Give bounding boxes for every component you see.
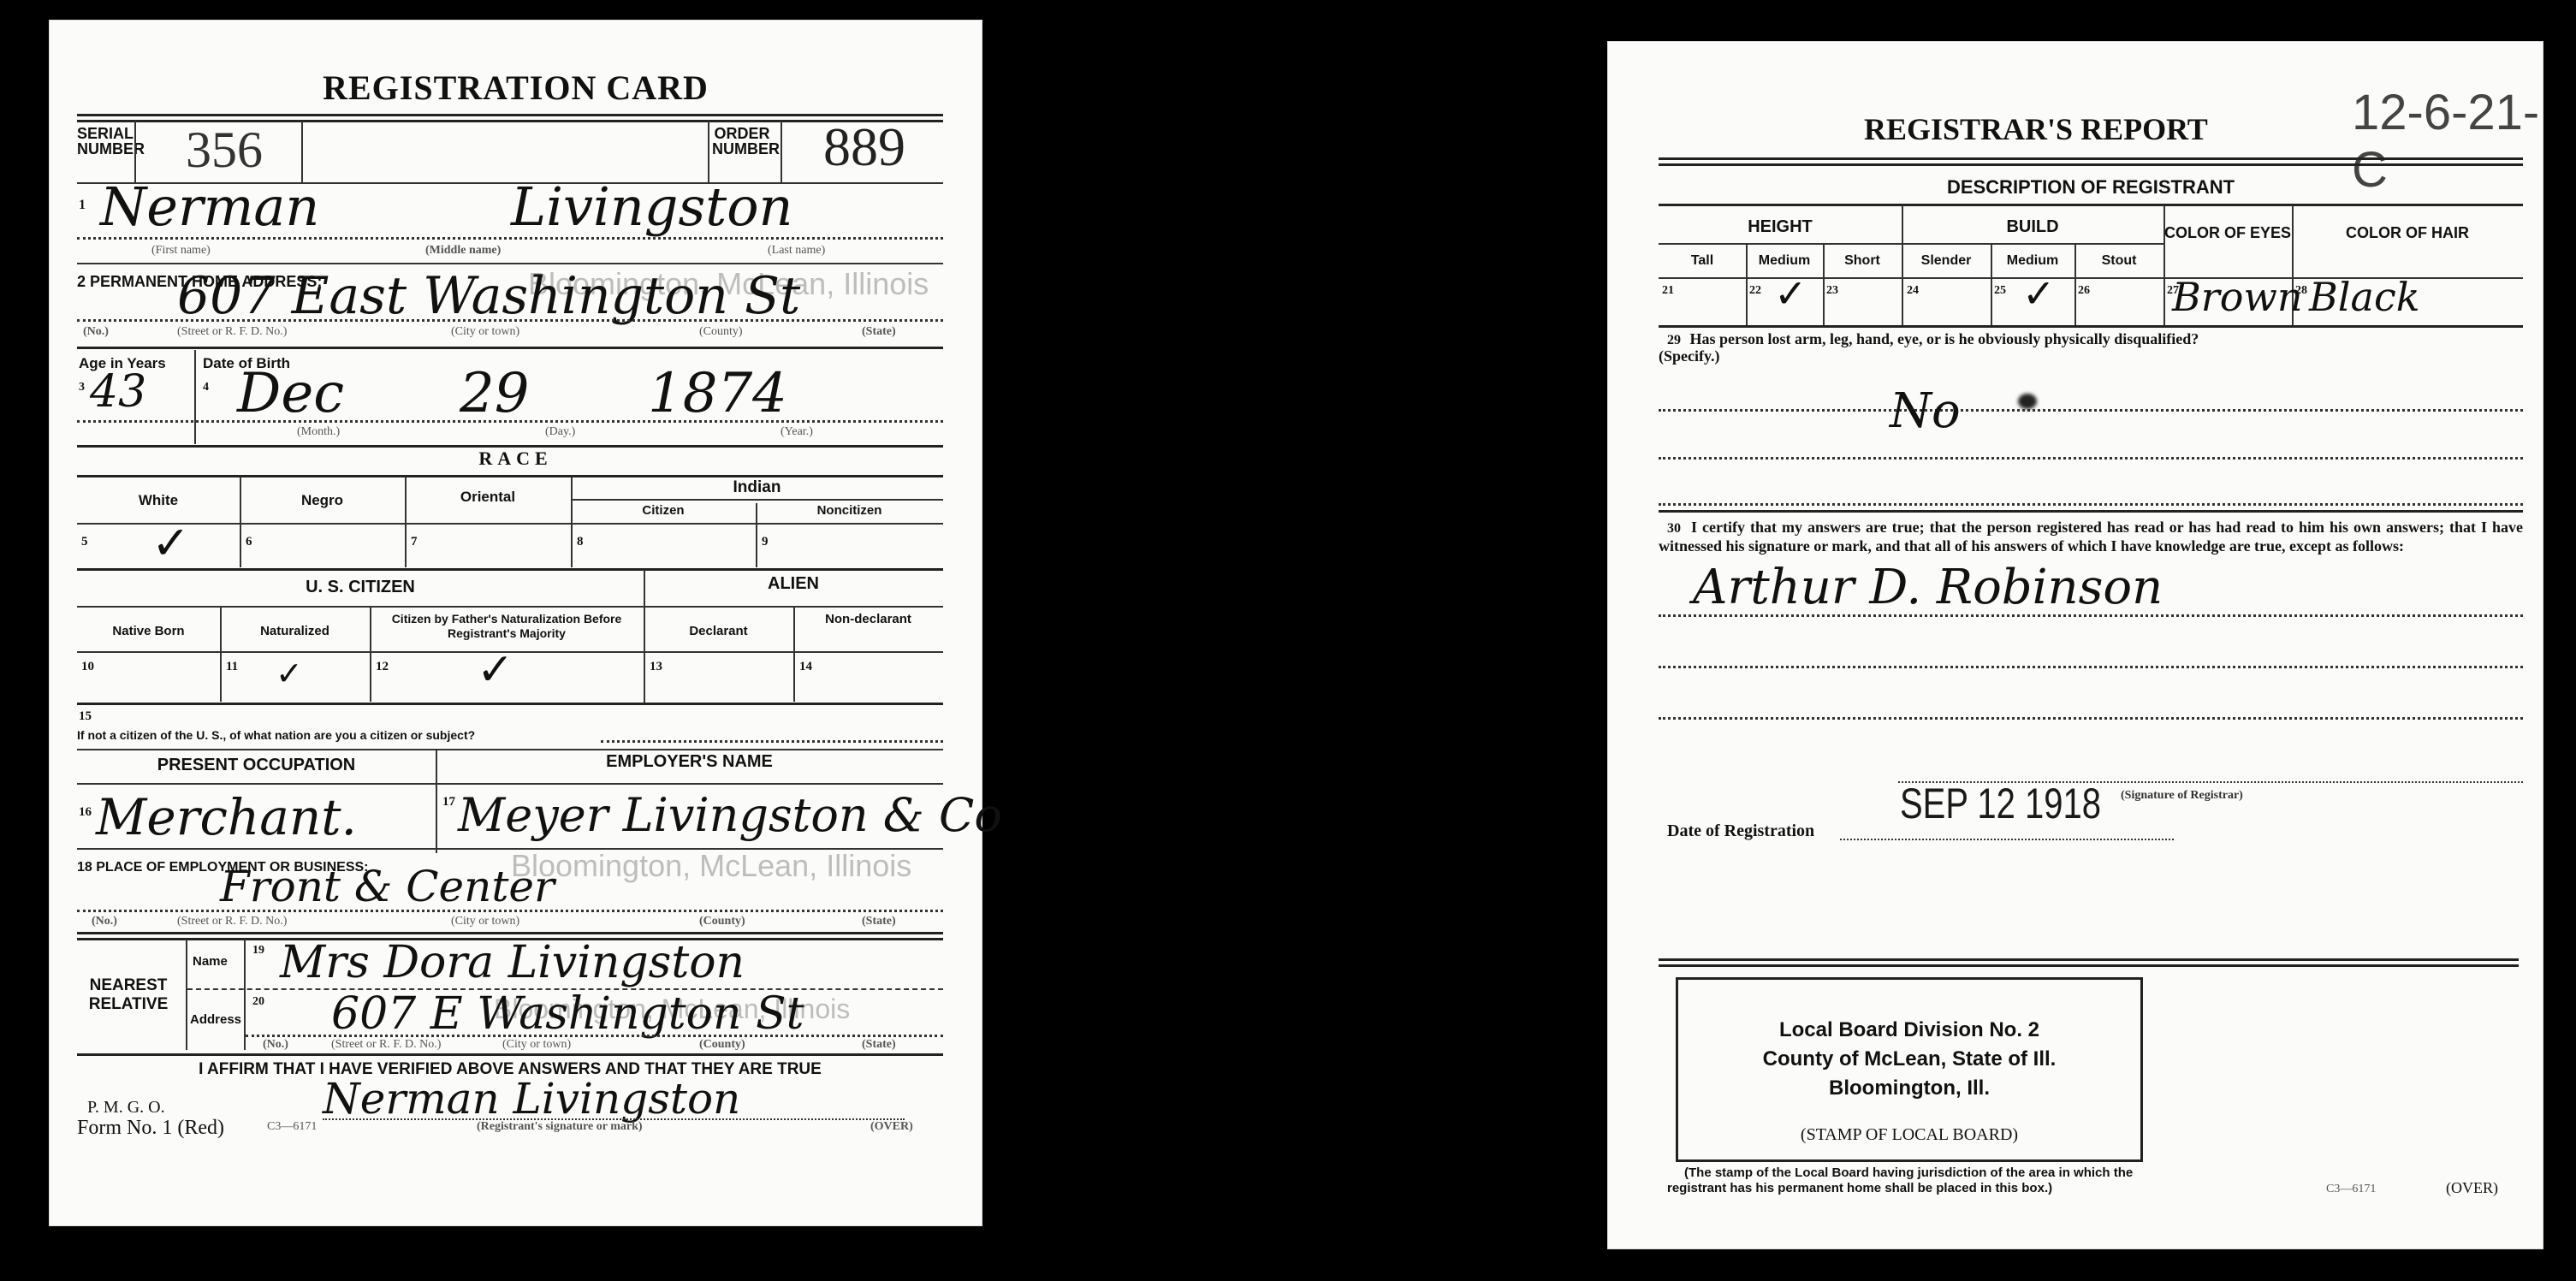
ink-blot bbox=[2018, 394, 2037, 409]
divider bbox=[573, 499, 943, 501]
divider bbox=[77, 237, 943, 240]
relative-county-label: (County) bbox=[699, 1038, 745, 1052]
relative-name-label: Name bbox=[193, 954, 228, 969]
divider bbox=[194, 350, 196, 444]
question-number: 22 bbox=[1749, 284, 1761, 298]
question-number: 14 bbox=[799, 660, 812, 674]
last-name-label: (Last name) bbox=[768, 244, 825, 258]
nearest-relative-label-line1: NEAREST bbox=[77, 976, 180, 995]
divider bbox=[1659, 204, 2523, 206]
us-citizen-heading: U. S. CITIZEN bbox=[77, 578, 644, 597]
divider bbox=[1659, 614, 2523, 617]
question-number: 11 bbox=[226, 660, 238, 674]
divider bbox=[708, 121, 709, 182]
local-board-stamp-box: Local Board Division No. 2 County of McL… bbox=[1676, 977, 2143, 1162]
employer-heading: EMPLOYER'S NAME bbox=[436, 752, 943, 772]
registration-date-stamp: SEP 12 1918 bbox=[1900, 779, 2101, 828]
citizen-col-fathers-naturalization: Citizen by Father's Naturalization Befor… bbox=[374, 612, 639, 641]
age-value: 43 bbox=[90, 366, 146, 418]
registrars-report-card: 12-6-21-C REGISTRAR'S REPORT DESCRIPTION… bbox=[1607, 41, 2543, 1249]
registrant-signature: Nerman Livingston bbox=[323, 1074, 740, 1124]
divider bbox=[77, 703, 943, 705]
alien-col-nondeclarant: Non-declarant bbox=[793, 612, 943, 626]
day-label: (Day.) bbox=[545, 425, 575, 439]
q30-text: I certify that my answers are true; that… bbox=[1659, 519, 2523, 555]
stamp-note: (The stamp of the Local Board having jur… bbox=[1667, 1165, 2163, 1196]
registrar-signature: Arthur D. Robinson bbox=[1693, 560, 2163, 615]
month-label: (Month.) bbox=[297, 425, 340, 439]
divider bbox=[77, 606, 943, 608]
question-number: 10 bbox=[81, 660, 94, 674]
question-number: 7 bbox=[411, 535, 418, 549]
divider bbox=[77, 420, 943, 423]
first-name: Nerman bbox=[100, 175, 319, 238]
race-col-white: White bbox=[77, 492, 240, 509]
nearest-relative-label-line2: RELATIVE bbox=[77, 995, 180, 1014]
address-street-label: (Street or R. F. D. No.) bbox=[177, 325, 287, 339]
question-number: 4 bbox=[203, 381, 209, 394]
height-col-medium: Medium bbox=[1746, 253, 1823, 269]
race-white-checkmark: ✓ bbox=[151, 516, 190, 570]
question-number: 17 bbox=[442, 795, 455, 810]
divider bbox=[1840, 839, 2174, 840]
build-medium-checkmark: ✓ bbox=[2022, 270, 2056, 317]
q29-line: 29 Has person lost arm, leg, hand, eye, … bbox=[1659, 330, 2199, 348]
relative-city-label: (City or town) bbox=[502, 1038, 571, 1052]
employment-county-label: (County) bbox=[699, 915, 745, 928]
question-number: 12 bbox=[376, 660, 389, 674]
divider bbox=[244, 939, 246, 1050]
print-code: C3—6171 bbox=[267, 1120, 317, 1134]
occupation-value: Merchant. bbox=[96, 788, 357, 846]
divider bbox=[220, 608, 222, 702]
divider bbox=[1659, 503, 2523, 506]
question-number: 6 bbox=[246, 535, 252, 549]
employment-stamp: Bloomington, McLean, Illinois bbox=[511, 848, 911, 884]
q29-text: Has person lost arm, leg, hand, eye, or … bbox=[1690, 330, 2199, 347]
employment-street-label: (Street or R. F. D. No.) bbox=[177, 915, 287, 928]
divider bbox=[1659, 958, 2519, 961]
divider bbox=[1659, 409, 2523, 412]
race-col-oriental: Oriental bbox=[405, 489, 571, 506]
question-number: 28 bbox=[2295, 284, 2307, 298]
question-number: 20 bbox=[252, 995, 264, 1009]
alien-col-declarant: Declarant bbox=[644, 624, 793, 638]
divider bbox=[246, 1035, 943, 1037]
occupation-heading: PRESENT OCCUPATION bbox=[77, 756, 436, 775]
question-number: 23 bbox=[1826, 284, 1838, 298]
divider bbox=[240, 477, 241, 567]
divider bbox=[1659, 666, 2523, 668]
serial-label: SERIAL NUMBER bbox=[77, 126, 128, 157]
fathers-naturalization-checkmark: ✓ bbox=[477, 644, 514, 696]
question-number: 16 bbox=[79, 805, 92, 820]
serial-number: 356 bbox=[186, 121, 263, 180]
description-heading: DESCRIPTION OF REGISTRANT bbox=[1659, 176, 2523, 199]
question-number: 29 bbox=[1667, 333, 1681, 347]
citizen-col-native: Native Born bbox=[77, 624, 220, 638]
over-label: (OVER) bbox=[2446, 1179, 2498, 1197]
employer-value: Meyer Livingston & Co bbox=[458, 788, 1002, 842]
build-col-medium: Medium bbox=[1991, 253, 2074, 269]
order-label: ORDER NUMBER bbox=[712, 126, 772, 157]
divider bbox=[1659, 457, 2523, 460]
divider bbox=[301, 121, 303, 182]
employment-state-label: (State) bbox=[862, 915, 896, 928]
over-label: (OVER) bbox=[870, 1120, 913, 1134]
divider bbox=[77, 347, 943, 349]
address-county-label: (County) bbox=[699, 325, 743, 339]
relative-address-label: Address bbox=[190, 1012, 241, 1027]
last-name: Livingston bbox=[511, 175, 792, 238]
divider bbox=[77, 114, 943, 116]
first-name-label: (First name) bbox=[151, 244, 211, 258]
divider bbox=[77, 1053, 943, 1056]
eye-color-heading: COLOR OF EYES bbox=[2163, 224, 2292, 241]
divider bbox=[77, 568, 943, 571]
stamp-line2: County of McLean, State of Ill. bbox=[1678, 1045, 2140, 1074]
stamp-line3: Bloomington, Ill. bbox=[1678, 1074, 2140, 1103]
dob-year: 1874 bbox=[648, 362, 787, 425]
q15-text: If not a citizen of the U. S., of what n… bbox=[77, 728, 475, 742]
relative-address-value: 607 E Washington St bbox=[331, 988, 804, 1040]
race-col-indian-citizen: Citizen bbox=[571, 503, 756, 518]
height-col-short: Short bbox=[1823, 253, 1902, 269]
race-col-negro: Negro bbox=[240, 492, 405, 509]
divider bbox=[77, 319, 943, 322]
employment-no-label: (No.) bbox=[92, 915, 117, 928]
divider bbox=[77, 475, 943, 477]
divider bbox=[781, 121, 782, 182]
divider bbox=[186, 939, 187, 1050]
form-agency: P. M. G. O. bbox=[87, 1098, 165, 1118]
year-label: (Year.) bbox=[781, 425, 813, 439]
question-number: 5 bbox=[81, 535, 88, 549]
card-title: REGISTRATION CARD bbox=[49, 68, 982, 108]
divider bbox=[77, 932, 943, 934]
dob-month: Dec bbox=[237, 362, 344, 425]
report-title: REGISTRAR'S REPORT bbox=[1864, 111, 2208, 147]
divider bbox=[77, 749, 943, 750]
question-number: 8 bbox=[577, 535, 584, 549]
eye-color-value: Brown bbox=[2172, 274, 2303, 320]
divider bbox=[2163, 205, 2165, 325]
divider bbox=[77, 910, 943, 912]
relative-state-label: (State) bbox=[862, 1038, 896, 1052]
form-number: Form No. 1 (Red) bbox=[77, 1117, 224, 1140]
print-code: C3—6171 bbox=[2326, 1183, 2376, 1196]
divider bbox=[1659, 243, 2163, 245]
question-number: 3 bbox=[79, 381, 85, 394]
naturalized-checkmark: ✓ bbox=[276, 655, 303, 692]
divider bbox=[1659, 717, 2523, 720]
divider bbox=[77, 783, 943, 785]
relative-street-label: (Street or R. F. D. No.) bbox=[331, 1038, 441, 1052]
divider bbox=[601, 740, 943, 743]
order-number: 889 bbox=[823, 116, 905, 179]
local-board-stamp: Local Board Division No. 2 County of McL… bbox=[1678, 1016, 2140, 1103]
divider bbox=[77, 523, 943, 525]
build-heading: BUILD bbox=[1902, 217, 2163, 237]
divider bbox=[77, 263, 943, 264]
divider bbox=[1659, 157, 2523, 160]
address-city-label: (City or town) bbox=[451, 325, 519, 339]
question-number: 9 bbox=[762, 535, 769, 549]
relative-name-value: Mrs Dora Livingston bbox=[280, 937, 745, 988]
race-indian-heading: Indian bbox=[571, 478, 943, 497]
question-number: 19 bbox=[252, 944, 264, 958]
employment-place-value: Front & Center bbox=[220, 862, 555, 911]
divider bbox=[1659, 325, 2523, 328]
question-number: 1 bbox=[79, 198, 86, 213]
dob-day: 29 bbox=[460, 362, 529, 425]
race-heading: RACE bbox=[49, 448, 982, 470]
signature-label: (Registrant's signature or mark) bbox=[477, 1120, 643, 1134]
middle-name-label: (Middle name) bbox=[425, 244, 501, 258]
q30-block: 30 I certify that my answers are true; t… bbox=[1659, 519, 2523, 555]
race-col-indian-noncitizen: Noncitizen bbox=[756, 503, 943, 518]
question-number: 15 bbox=[79, 709, 92, 724]
build-col-stout: Stout bbox=[2074, 253, 2163, 269]
height-col-tall: Tall bbox=[1659, 253, 1746, 269]
question-number: 25 bbox=[1994, 284, 2006, 298]
divider bbox=[134, 121, 136, 182]
height-medium-checkmark: ✓ bbox=[1774, 270, 1807, 317]
stamp-caption: (STAMP OF LOCAL BOARD) bbox=[1678, 1125, 2140, 1145]
alien-heading: ALIEN bbox=[644, 574, 943, 594]
divider bbox=[370, 608, 371, 702]
relative-no-label: (No.) bbox=[263, 1038, 288, 1052]
address-no-label: (No.) bbox=[83, 325, 109, 339]
registration-card: REGISTRATION CARD SERIAL NUMBER 356 ORDE… bbox=[49, 20, 982, 1226]
registrar-signature-label: (Signature of Registrar) bbox=[2121, 789, 2243, 803]
q29-answer: No bbox=[1890, 383, 1961, 439]
nearest-relative-label: NEAREST RELATIVE bbox=[77, 976, 180, 1014]
stamp-line1: Local Board Division No. 2 bbox=[1678, 1016, 2140, 1045]
question-number: 26 bbox=[2078, 284, 2090, 298]
date-of-registration-label: Date of Registration bbox=[1667, 821, 1814, 841]
divider bbox=[1659, 510, 2523, 513]
question-number: 24 bbox=[1907, 284, 1919, 298]
home-address: 607 East Washington St bbox=[177, 266, 800, 326]
q29-specify: (Specify.) bbox=[1659, 347, 1720, 365]
question-number: 13 bbox=[650, 660, 662, 674]
address-state-label: (State) bbox=[862, 325, 896, 339]
question-number: 21 bbox=[1662, 284, 1674, 298]
build-col-slender: Slender bbox=[1902, 253, 1991, 269]
question-number: 30 bbox=[1667, 521, 1681, 536]
hair-color-value: Black bbox=[2309, 274, 2420, 320]
height-heading: HEIGHT bbox=[1659, 217, 1902, 237]
hair-color-heading: COLOR OF HAIR bbox=[2292, 224, 2523, 241]
citizen-col-naturalized: Naturalized bbox=[220, 624, 370, 638]
employment-city-label: (City or town) bbox=[451, 915, 519, 928]
